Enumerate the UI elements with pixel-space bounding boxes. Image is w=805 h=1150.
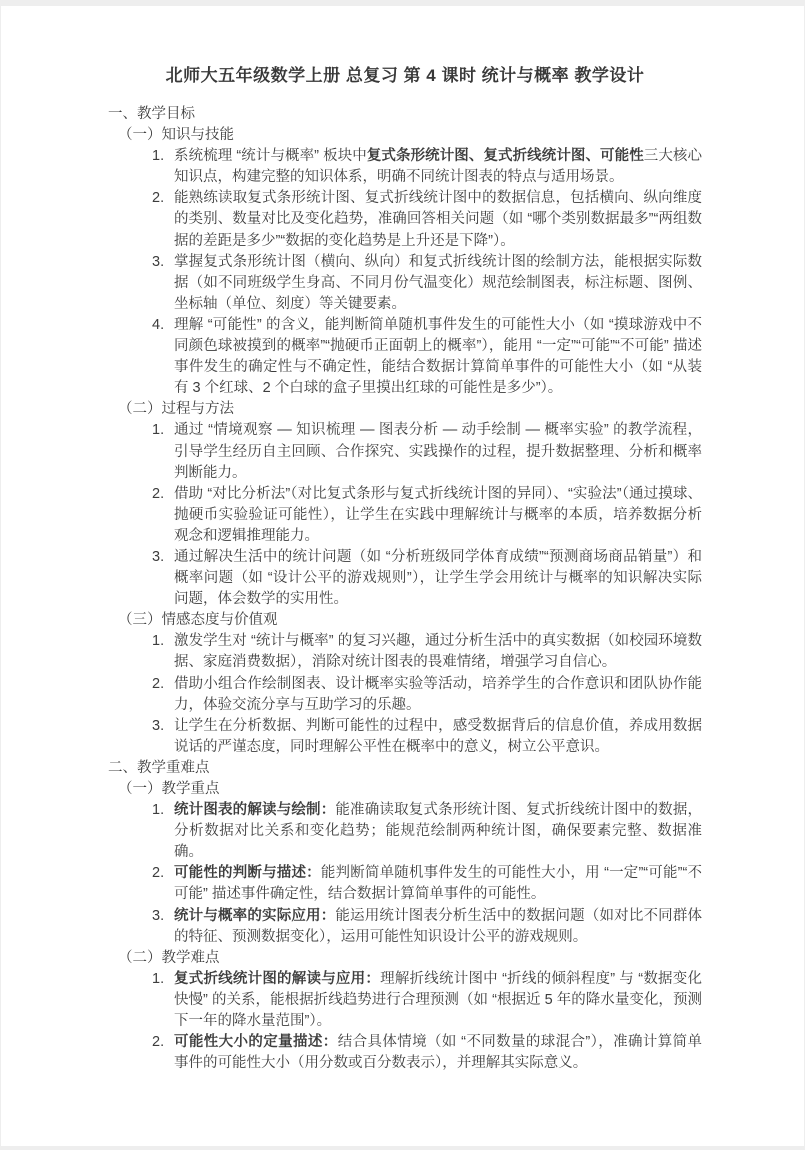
list-item-text: 让学生在分析数据、判断可能性的过程中，感受数据背后的信息价值，养成用数据说话的严… — [174, 716, 702, 758]
text-run: 理解 “可能性” 的含义，能判断简单随机事件发生的可能性大小（如 “摸球游戏中不… — [174, 317, 702, 396]
list-item: 2.可能性大小的定量描述：结合具体情境（如 “不同数量的球混合”），准确计算简单… — [152, 1032, 702, 1074]
list-item-number: 2. — [152, 188, 174, 251]
list-item-text: 可能性大小的定量描述：结合具体情境（如 “不同数量的球混合”），准确计算简单事件… — [174, 1032, 702, 1074]
document-title: 北师大五年级数学上册 总复习 第 4 课时 统计与概率 教学设计 — [108, 64, 702, 88]
bold-text-run: 可能性大小的定量描述： — [174, 1034, 338, 1050]
document-content: 北师大五年级数学上册 总复习 第 4 课时 统计与概率 教学设计 一、教学目标（… — [108, 64, 702, 1074]
list-item-text: 通过 “情境观察 — 知识梳理 — 图表分析 — 动手绘制 — 概率实验” 的教… — [174, 420, 702, 483]
list-item-text: 掌握复式条形统计图（横向、纵向）和复式折线统计图的绘制方法，能根据实际数据（如不… — [174, 252, 702, 315]
bold-text-run: 复式折线统计图的解读与应用： — [174, 971, 380, 987]
text-run: 系统梳理 “统计与概率” 板块中 — [174, 148, 367, 164]
text-run: 借助小组合作绘制图表、设计概率实验等活动，培养学生的合作意识和团队协作能力，体验… — [174, 676, 702, 713]
section-heading: 一、教学目标 — [108, 104, 702, 125]
list-item: 2.借助 “对比分析法”（对比复式条形与复式折线统计图的异同）、“实验法”（通过… — [152, 484, 702, 547]
list-item-number: 2. — [152, 1032, 174, 1074]
text-run: 通过 “情境观察 — 知识梳理 — 图表分析 — 动手绘制 — 概率实验” 的教… — [174, 422, 702, 480]
subsection-heading: （二）教学难点 — [118, 948, 702, 969]
list-item-text: 复式折线统计图的解读与应用：理解折线统计图中 “折线的倾斜程度” 与 “数据变化… — [174, 969, 702, 1032]
list-item-number: 4. — [152, 315, 174, 399]
subsection-heading: （一）知识与技能 — [118, 125, 702, 146]
list-item-text: 统计图表的解读与绘制：能准确读取复式条形统计图、复式折线统计图中的数据，分析数据… — [174, 800, 702, 863]
list-item-number: 3. — [152, 906, 174, 948]
list-item: 1.复式折线统计图的解读与应用：理解折线统计图中 “折线的倾斜程度” 与 “数据… — [152, 969, 702, 1032]
list-item-text: 借助 “对比分析法”（对比复式条形与复式折线统计图的异同）、“实验法”（通过摸球… — [174, 484, 702, 547]
list-item-text: 可能性的判断与描述：能判断简单随机事件发生的可能性大小，用 “一定”“可能”“不… — [174, 863, 702, 905]
bold-text-run: 统计图表的解读与绘制： — [174, 802, 335, 818]
document-page: 北师大五年级数学上册 总复习 第 4 课时 统计与概率 教学设计 一、教学目标（… — [1, 6, 804, 1146]
subsection-heading: （一）教学重点 — [118, 779, 702, 800]
list-item: 2.借助小组合作绘制图表、设计概率实验等活动，培养学生的合作意识和团队协作能力，… — [152, 674, 702, 716]
subsection-heading: （三）情感态度与价值观 — [118, 610, 702, 631]
list-item: 3.统计与概率的实际应用：能运用统计图表分析生活中的数据问题（如对比不同群体的特… — [152, 906, 702, 948]
list-item-number: 1. — [152, 420, 174, 483]
list-item-number: 1. — [152, 969, 174, 1032]
list-item: 1.系统梳理 “统计与概率” 板块中复式条形统计图、复式折线统计图、可能性三大核… — [152, 146, 702, 188]
list-item-text: 通过解决生活中的统计问题（如 “分析班级同学体育成绩”“预测商场商品销量”）和概… — [174, 547, 702, 610]
bold-text-run: 统计与概率的实际应用： — [174, 908, 335, 924]
list-item-number: 1. — [152, 146, 174, 188]
text-run: 通过解决生活中的统计问题（如 “分析班级同学体育成绩”“预测商场商品销量”）和概… — [174, 549, 702, 607]
bold-text-run: 复式条形统计图、复式折线统计图、可能性 — [367, 148, 644, 164]
list-item: 2.能熟练读取复式条形统计图、复式折线统计图中的数据信息，包括横向、纵向维度的类… — [152, 188, 702, 251]
list-item-number: 2. — [152, 484, 174, 547]
text-run: 借助 “对比分析法”（对比复式条形与复式折线统计图的异同）、“实验法”（通过摸球… — [174, 486, 702, 544]
list-item: 3.通过解决生活中的统计问题（如 “分析班级同学体育成绩”“预测商场商品销量”）… — [152, 547, 702, 610]
section-heading: 二、教学重难点 — [108, 758, 702, 779]
list-item-number: 3. — [152, 547, 174, 610]
list-item: 1.激发学生对 “统计与概率” 的复习兴趣，通过分析生活中的真实数据（如校园环境… — [152, 631, 702, 673]
list-item: 4.理解 “可能性” 的含义，能判断简单随机事件发生的可能性大小（如 “摸球游戏… — [152, 315, 702, 399]
list-item: 3.让学生在分析数据、判断可能性的过程中，感受数据背后的信息价值，养成用数据说话… — [152, 716, 702, 758]
list-item-number: 2. — [152, 863, 174, 905]
list-item-number: 3. — [152, 716, 174, 758]
list-item-text: 系统梳理 “统计与概率” 板块中复式条形统计图、复式折线统计图、可能性三大核心知… — [174, 146, 702, 188]
text-run: 激发学生对 “统计与概率” 的复习兴趣，通过分析生活中的真实数据（如校园环境数据… — [174, 633, 702, 670]
bold-text-run: 可能性的判断与描述： — [174, 865, 321, 881]
list-item-number: 3. — [152, 252, 174, 315]
list-item: 3.掌握复式条形统计图（横向、纵向）和复式折线统计图的绘制方法，能根据实际数据（… — [152, 252, 702, 315]
text-run: 让学生在分析数据、判断可能性的过程中，感受数据背后的信息价值，养成用数据说话的严… — [174, 718, 702, 755]
list-item-text: 激发学生对 “统计与概率” 的复习兴趣，通过分析生活中的真实数据（如校园环境数据… — [174, 631, 702, 673]
text-run: 掌握复式条形统计图（横向、纵向）和复式折线统计图的绘制方法，能根据实际数据（如不… — [174, 254, 702, 312]
text-run: 能熟练读取复式条形统计图、复式折线统计图中的数据信息，包括横向、纵向维度的类别、… — [174, 190, 702, 248]
list-item: 1.统计图表的解读与绘制：能准确读取复式条形统计图、复式折线统计图中的数据，分析… — [152, 800, 702, 863]
list-item-text: 借助小组合作绘制图表、设计概率实验等活动，培养学生的合作意识和团队协作能力，体验… — [174, 674, 702, 716]
document-body: 一、教学目标（一）知识与技能1.系统梳理 “统计与概率” 板块中复式条形统计图、… — [108, 104, 702, 1074]
subsection-heading: （二）过程与方法 — [118, 399, 702, 420]
list-item: 2.可能性的判断与描述：能判断简单随机事件发生的可能性大小，用 “一定”“可能”… — [152, 863, 702, 905]
list-item-number: 1. — [152, 800, 174, 863]
list-item-text: 理解 “可能性” 的含义，能判断简单随机事件发生的可能性大小（如 “摸球游戏中不… — [174, 315, 702, 399]
list-item-number: 2. — [152, 674, 174, 716]
list-item-number: 1. — [152, 631, 174, 673]
list-item: 1.通过 “情境观察 — 知识梳理 — 图表分析 — 动手绘制 — 概率实验” … — [152, 420, 702, 483]
list-item-text: 统计与概率的实际应用：能运用统计图表分析生活中的数据问题（如对比不同群体的特征、… — [174, 906, 702, 948]
list-item-text: 能熟练读取复式条形统计图、复式折线统计图中的数据信息，包括横向、纵向维度的类别、… — [174, 188, 702, 251]
